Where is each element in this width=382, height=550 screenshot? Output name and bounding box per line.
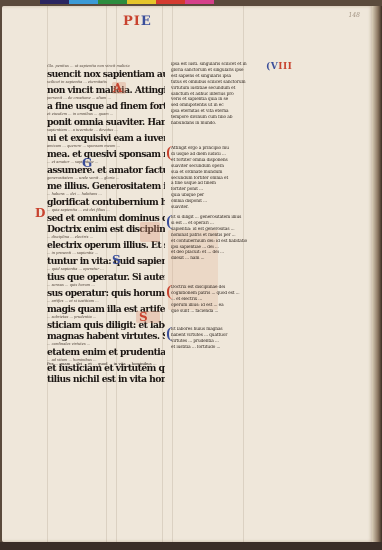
initial-D: D [35, 208, 45, 218]
text-line: mea. et quesivi sponsam meam mi [47, 149, 165, 160]
text-line: etatem enim et prudentiam docet: [47, 347, 165, 358]
swatch-yellow [127, 0, 156, 4]
commentary-line: et iustitia ... fortitudo ... [171, 345, 271, 351]
text-line: tilius nichil est in vita hominibus. [47, 374, 165, 385]
text-line: tuntur in vita: quid sapientia locuple [47, 256, 165, 267]
initial-S: S [112, 255, 121, 265]
swatch-magenta [185, 0, 214, 4]
swatch-red [156, 0, 185, 4]
commentary-line: suaviter. [171, 205, 271, 211]
commentary-line: habundans in mundo. [171, 121, 271, 127]
initial-G: G [82, 158, 92, 168]
text-line: me illius. Generositatem illius [47, 181, 165, 192]
text-line: ponit omnia suaviter. Hanc ama [47, 117, 165, 128]
commentary-block-2: Attingit ergo a principio mu di usque ad… [171, 146, 271, 211]
commentary-line: dilexit ... nam ... [171, 256, 271, 262]
chapter-marker-red: III [278, 62, 292, 72]
text-line: suencit nox sapientiam autem [47, 69, 165, 80]
gloss-highlight [140, 222, 160, 242]
running-head: PIE [123, 14, 152, 29]
swatch-green [98, 0, 127, 4]
text-line: sus operatur: quis horum quae sunt [47, 288, 165, 299]
commentary-block-1: ipsa est iusti. singularis scilicet et i… [171, 62, 271, 127]
page-edge [372, 6, 382, 542]
initial-S2: S [139, 312, 148, 322]
swatch-cyan [69, 0, 98, 4]
text-line: assumere. et amator factus sum for [47, 165, 165, 176]
running-head-red: PI [123, 14, 141, 29]
text-line: ui et exquisivi eam a iuventute [47, 133, 165, 144]
commentary-block-3: Et si diligit ... generositatem illius s… [171, 215, 271, 262]
footer-gloss: Per ... quam ... dei ... et ... quod ...… [47, 361, 277, 366]
text-line: a fine usque ad finem fortiter. et dis [47, 101, 165, 112]
color-calibration-bar [40, 0, 214, 4]
background-strip [0, 542, 382, 550]
text-line: glorificat contubernium habens di [47, 197, 165, 208]
text-line: tius que operatur. Si autem sen [47, 272, 165, 283]
text-line: magnas habent virtutes. Sobri [47, 331, 165, 342]
folio-number: 148 [349, 12, 360, 19]
running-head-blue: E [141, 14, 152, 29]
initial-A: A [113, 83, 122, 93]
commentary-block-5: Et labores huius magnas habent virtutes … [171, 327, 271, 351]
text-line: non vincit malicia. Attingit ergo [47, 85, 165, 96]
commentary-block-4: Doctrix est disciplinae dei cognitionem … [171, 285, 271, 315]
commentary-line: que sunt ... facienda ... [171, 309, 271, 315]
swatch-navy [40, 0, 69, 4]
